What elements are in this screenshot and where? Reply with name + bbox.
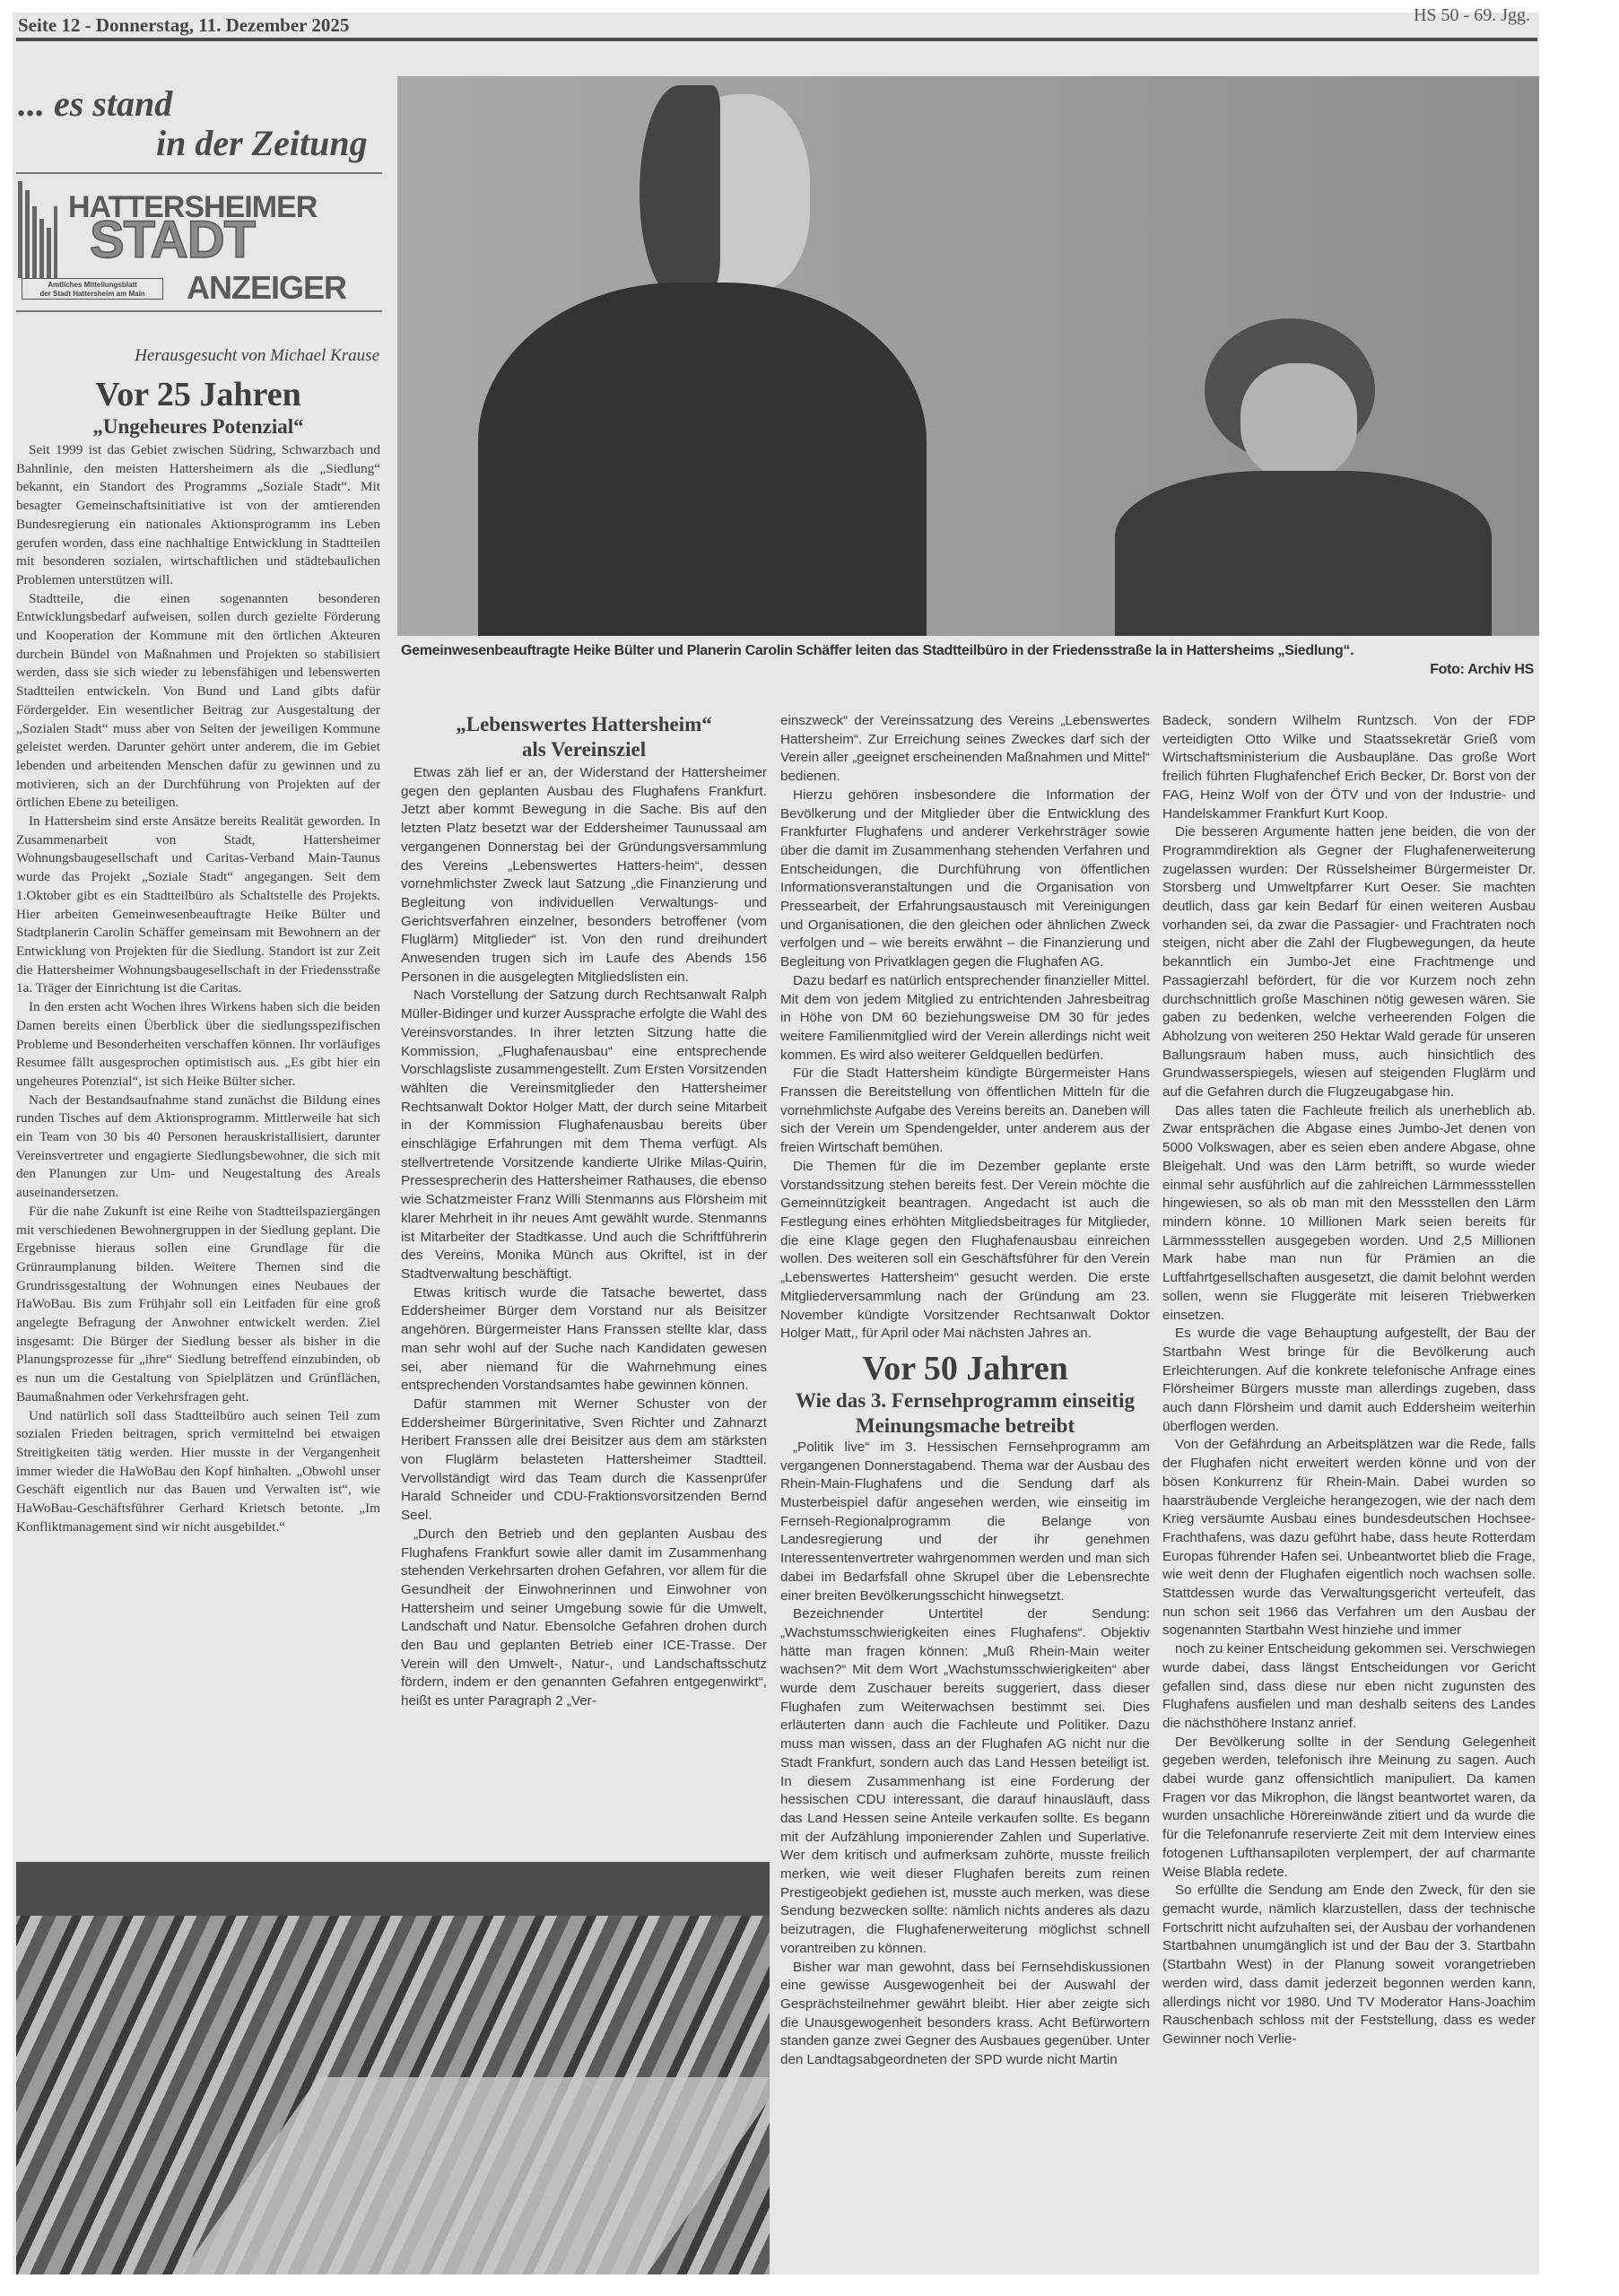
paragraph: Hierzu gehören insbesondere die Informat… [780, 787, 1150, 972]
paragraph: In Hattersheim sind erste Ansätze bereit… [16, 813, 380, 998]
rubric-line-2: in der Zeitung [156, 122, 368, 164]
edition-note: HS 50 - 69. Jgg. [1414, 5, 1530, 26]
paragraph: Das alles taten die Fachleute freilich a… [1162, 1102, 1536, 1325]
paragraph: Badeck, sondern Wilhelm Runtzsch. Von de… [1162, 712, 1536, 823]
paragraph: Für die nahe Zukunft ist eine Reihe von … [16, 1203, 380, 1407]
page-date-header: Seite 12 - Donnerstag, 11. Dezember 2025 [18, 14, 349, 37]
photo-figure-face-2 [1240, 363, 1357, 480]
rubric-line-1: ... es stand [18, 83, 172, 125]
photo-credit: Foto: Archiv HS [1430, 662, 1534, 678]
paragraph: Dazu bedarf es natürlich entsprechender … [780, 972, 1150, 1065]
byline: Herausgesucht von Michael Krause [16, 346, 379, 366]
article-title-potenzial: „Ungeheures Potenzial“ [16, 414, 380, 439]
paragraph: Und natürlich soll dass Stadtteilbüro au… [16, 1407, 380, 1537]
paragraph: So erfüllte die Sendung am Ende den Zwec… [1162, 1882, 1536, 2048]
paragraph: Seit 1999 ist das Gebiet zwischen Südrin… [16, 441, 380, 590]
paragraph: Stadtteile, die einen sogenannten besond… [16, 590, 380, 813]
badge-line-1: Amtliches Mitteilungsblatt [22, 281, 162, 290]
paragraph: Dafür stammen mit Werner Schuster von de… [401, 1396, 767, 1526]
article-title-verein-2: als Vereinsziel [401, 737, 767, 762]
paragraph: Der Bevölkerung sollte in der Sendung Ge… [1162, 1734, 1536, 1883]
column-4: Badeck, sondern Wilhelm Runtzsch. Von de… [1162, 712, 1536, 2274]
paragraph: Für die Stadt Hattersheim kündigte Bürge… [780, 1065, 1150, 1158]
paragraph: Etwas kritisch wurde die Tatsache bewert… [401, 1284, 767, 1396]
paragraph: noch zu keiner Entscheidung gekommen sei… [1162, 1640, 1536, 1734]
column-3: einszweck“ der Vereinssatzung des Verein… [780, 712, 1150, 2070]
photo-assembly-crowd [16, 1862, 770, 2274]
column-2: „Lebenswertes Hattersheim“ als Vereinszi… [401, 712, 767, 1860]
photo-two-women [397, 76, 1539, 636]
paragraph: Bezeichnender Untertitel der Sendung: „W… [780, 1605, 1150, 1958]
article-title-verein-1: „Lebenswertes Hattersheim“ [401, 712, 767, 737]
paragraph: Die besseren Argumente hatten jene beide… [1162, 823, 1536, 1102]
newspaper-page: Seite 12 - Donnerstag, 11. Dezember 2025… [13, 13, 1539, 2274]
logo-word-anzeiger: ANZEIGER [187, 269, 346, 307]
rubric-rule [16, 172, 382, 174]
section-heading-25: Vor 25 Jahren [16, 375, 380, 414]
header-rule [16, 38, 1537, 41]
logo-rule [16, 310, 382, 312]
photo-figure-hair-1 [640, 85, 720, 300]
logo-badge: Amtliches Mitteilungsblatt der Stadt Hat… [22, 278, 163, 300]
badge-line-2: der Stadt Hattersheim am Main [22, 290, 162, 299]
paragraph: In den ersten acht Wochen ihres Wirkens … [16, 998, 380, 1091]
section-heading-50: Vor 50 Jahren [780, 1349, 1150, 1388]
paragraph: „Politik live“ im 3. Hessischen Fernsehp… [780, 1439, 1150, 1605]
paragraph: Nach Vorstellung der Satzung durch Recht… [401, 987, 767, 1283]
photo-figure-coat-1 [478, 283, 927, 636]
photo-caption: Gemeinwesenbeauftragte Heike Bülter und … [401, 643, 1536, 659]
photo-figure-coat-2 [1115, 471, 1492, 636]
photo-table [180, 2077, 770, 2274]
article-title-fernsehen-2: Meinungsmache betreibt [780, 1413, 1150, 1439]
paragraph: Die Themen für die im Dezember geplante … [780, 1158, 1150, 1344]
article-title-fernsehen-1: Wie das 3. Fernsehprogramm einseitig [780, 1388, 1150, 1413]
paragraph: Nach der Bestandsaufnahme stand zunächst… [16, 1091, 380, 1203]
paragraph: Von der Gefährdung an Arbeitsplätzen war… [1162, 1436, 1536, 1640]
paragraph: einszweck“ der Vereinssatzung des Verein… [780, 712, 1150, 787]
paragraph: Es wurde die vage Behauptung aufgestellt… [1162, 1325, 1536, 1436]
paragraph: Etwas zäh lief er an, der Widerstand der… [401, 764, 767, 987]
logo-word-stadt: STADT [90, 210, 255, 270]
hattersheimer-stadtanzeiger-logo: HATTERSHEIMER STADT ANZEIGER Amtliches M… [16, 179, 386, 314]
paragraph: Bisher war man gewohnt, dass bei Fernseh… [780, 1959, 1150, 2070]
column-1: Vor 25 Jahren „Ungeheures Potenzial“ Sei… [16, 375, 380, 1536]
paragraph: „Durch den Betrieb und den geplanten Aus… [401, 1526, 767, 1711]
photo-hall-ceiling [16, 1862, 770, 1916]
